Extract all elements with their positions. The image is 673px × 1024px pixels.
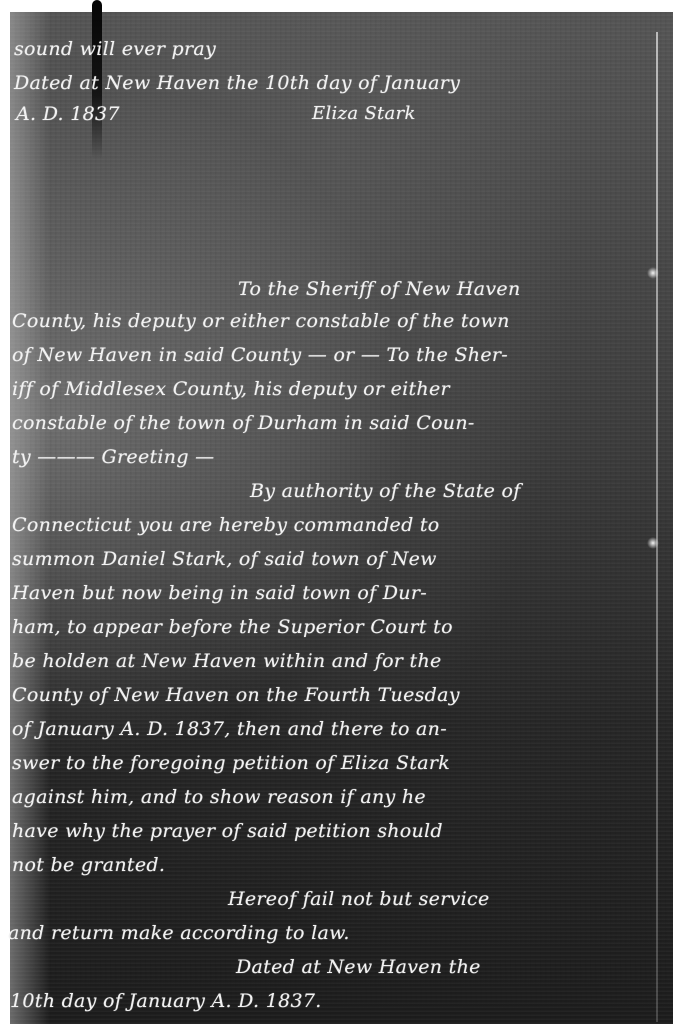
summons-date-line: 10th day of January A. D. 1837. (10, 990, 322, 1012)
summons-line: against him, and to show reason if any h… (12, 786, 426, 808)
summons-line: County, his deputy or either constable o… (12, 310, 510, 332)
summons-line: of January A. D. 1837, then and there to… (12, 718, 447, 740)
petition-year-line: A. D. 1837 (16, 103, 120, 125)
summons-line: ham, to appear before the Superior Court… (12, 616, 453, 638)
document-page: sound will ever pray Dated at New Haven … (0, 0, 673, 1024)
petitioner-signature: Eliza Stark (312, 103, 416, 124)
summons-line: swer to the foregoing petition of Eliza … (12, 752, 450, 774)
petition-closing-line: sound will ever pray (14, 38, 216, 60)
summons-line: constable of the town of Durham in said … (12, 412, 475, 434)
scan-artifact-sparkle (646, 536, 660, 550)
petition-date-line: Dated at New Haven the 10th day of Janua… (14, 72, 460, 94)
summons-line: be holden at New Haven within and for th… (12, 650, 442, 672)
summons-line: and return make according to law. (8, 922, 350, 944)
summons-dated-line: Dated at New Haven the (236, 956, 481, 978)
summons-line: County of New Haven on the Fourth Tuesda… (12, 684, 460, 706)
summons-line: have why the prayer of said petition sho… (12, 820, 443, 842)
summons-line: summon Daniel Stark, of said town of New (12, 548, 437, 570)
summons-line: of New Haven in said County — or — To th… (12, 344, 508, 366)
summons-line: Connecticut you are hereby commanded to (12, 514, 440, 536)
summons-line: Hereof fail not but service (228, 888, 490, 910)
summons-line: To the Sheriff of New Haven (238, 278, 521, 300)
summons-line: Haven but now being in said town of Dur- (12, 582, 427, 604)
summons-line: not be granted. (12, 854, 165, 876)
summons-line: By authority of the State of (250, 480, 521, 502)
summons-line: ty ——— Greeting — (12, 446, 214, 468)
scan-artifact-sparkle (646, 266, 660, 280)
fold-line (656, 32, 658, 1022)
summons-line: iff of Middlesex County, his deputy or e… (12, 378, 450, 400)
